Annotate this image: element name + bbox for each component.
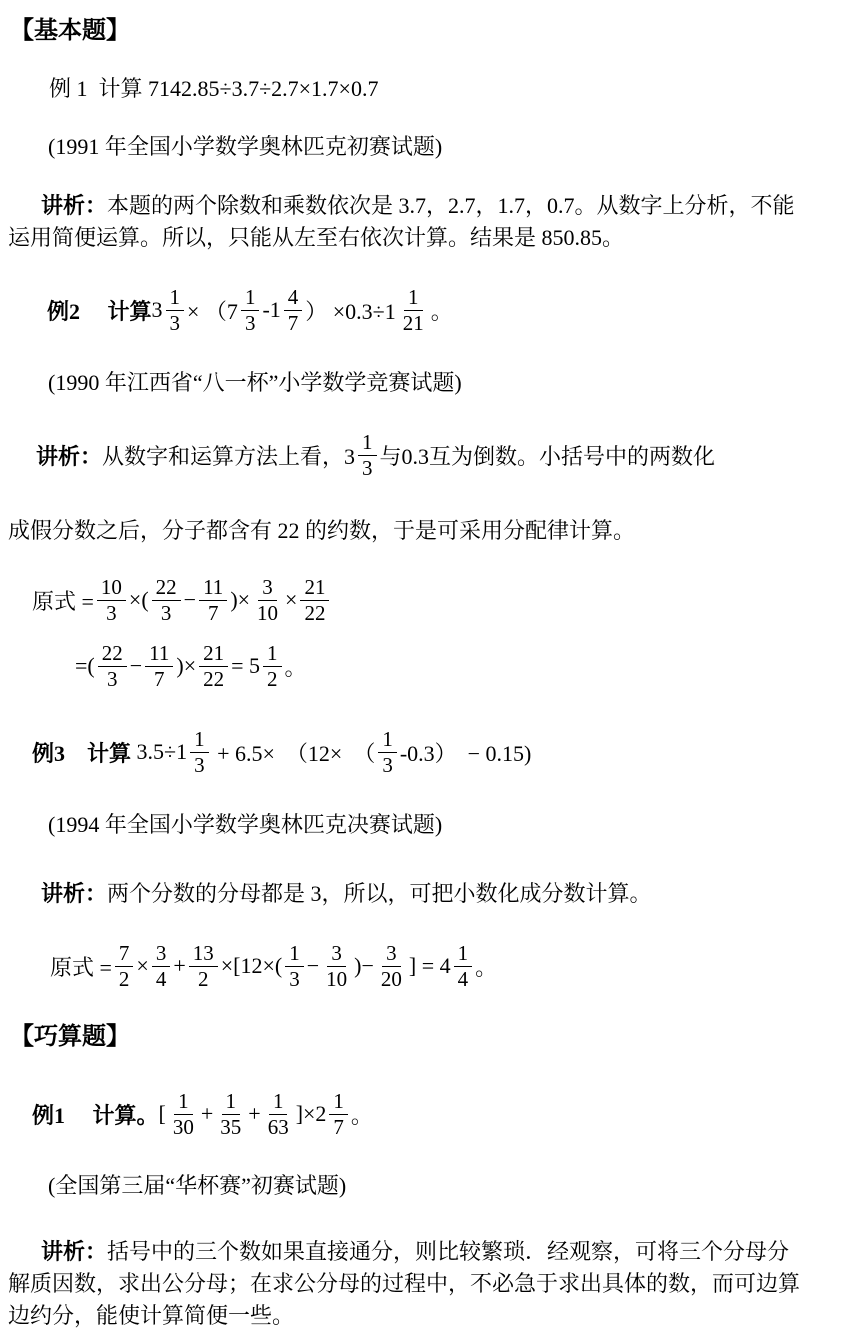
formula-text: )× bbox=[230, 587, 250, 613]
fraction: 103 bbox=[97, 575, 126, 626]
example-2-formula: 例2 计算313× （713-147） ×0.3÷1121。 bbox=[47, 282, 836, 338]
fraction: 320 bbox=[377, 941, 406, 992]
formula-text: 3.5÷1 bbox=[131, 739, 187, 765]
fraction: 13 bbox=[378, 727, 397, 778]
fraction: 13 bbox=[166, 285, 185, 336]
fraction: 130 bbox=[169, 1089, 198, 1140]
example-1-problem: 例 1 计算 7142.85÷3.7÷2.7×1.7×0.7 bbox=[49, 76, 836, 102]
fraction: 13 bbox=[241, 285, 260, 336]
fraction: 2122 bbox=[300, 575, 329, 626]
analysis-paragraph-4: 讲析：括号中的三个数如果直接通分，则比较繁琐．经观察，可将三个分母分解质因数，求… bbox=[8, 1236, 804, 1332]
formula-text: 与0.3互为倒数。小括号中的两数化 bbox=[380, 440, 716, 471]
analysis-label: 讲析： bbox=[41, 193, 107, 218]
fraction: 2122 bbox=[199, 641, 228, 692]
formula-text: + 6.5× （12× （ bbox=[212, 737, 376, 768]
fraction: 121 bbox=[399, 285, 428, 336]
fraction: 14 bbox=[454, 941, 473, 992]
analysis-2-continuation: 成假分数之后，分子都含有 22 的约数，于是可采用分配律计算。 bbox=[8, 518, 836, 544]
fraction: 163 bbox=[264, 1089, 293, 1140]
solution-2-row: 原式 =72×34+132×[12×(13−310)−320] = 414。 bbox=[50, 938, 836, 994]
formula-text: 。 bbox=[351, 1099, 373, 1130]
fraction: 47 bbox=[284, 285, 303, 336]
formula-text: -1 bbox=[262, 297, 280, 323]
fraction: 135 bbox=[216, 1089, 245, 1140]
analysis-label: 讲析： bbox=[41, 881, 107, 906]
formula-text: [ bbox=[159, 1101, 166, 1127]
formula-text: 3 bbox=[152, 297, 163, 323]
formula-text: )− bbox=[354, 953, 374, 979]
formula-text: × （7 bbox=[187, 295, 238, 326]
fraction: 13 bbox=[190, 727, 209, 778]
fraction: 17 bbox=[329, 1089, 348, 1140]
analysis-text: 本题的两个除数和乘数依次是 3.7，2.7，1.7，0.7。从数字上分析，不能运… bbox=[8, 193, 795, 250]
formula-text: × bbox=[136, 953, 148, 979]
fraction: 12 bbox=[263, 641, 282, 692]
formula-text: + bbox=[173, 953, 185, 979]
analysis-label: 讲析： bbox=[41, 1239, 107, 1264]
formula-text: × bbox=[285, 587, 297, 613]
analysis-text: 括号中的三个数如果直接通分，则比较繁琐．经观察，可将三个分母分解质因数，求出公分… bbox=[8, 1239, 800, 1328]
fraction: 13 bbox=[358, 430, 377, 481]
source-note-1990: (1990 年江西省“八一杯”小学数学竞赛试题) bbox=[48, 370, 836, 396]
formula-text: 。 bbox=[285, 651, 307, 682]
solution-1-row-2: =(223−117)×2122= 512。 bbox=[75, 638, 836, 694]
document-page: 【基本题】 例 1 计算 7142.85÷3.7÷2.7×1.7×0.7 (19… bbox=[0, 0, 846, 1338]
clever-example-1-formula: 例1 计算。[130+135+163]×217。 bbox=[32, 1086, 836, 1142]
source-note-1991: (1991 年全国小学数学奥林匹克初赛试题) bbox=[48, 134, 836, 160]
formula-text: + bbox=[201, 1101, 213, 1127]
formula-text: ]×2 bbox=[296, 1101, 327, 1127]
fraction: 310 bbox=[322, 941, 351, 992]
formula-text: 原式 = bbox=[32, 585, 94, 616]
formula-text: ×( bbox=[129, 587, 149, 613]
formula-label: 例3 计算 bbox=[32, 737, 131, 768]
formula-text: = 5 bbox=[231, 653, 260, 679]
section-heading-clever: 【巧算题】 bbox=[10, 1022, 836, 1052]
formula-label: 例2 计算 bbox=[47, 295, 152, 326]
formula-label: 例1 计算。 bbox=[32, 1099, 159, 1130]
fraction: 13 bbox=[285, 941, 304, 992]
fraction: 223 bbox=[98, 641, 127, 692]
section-heading-basic: 【基本题】 bbox=[10, 16, 836, 46]
analysis-paragraph-3: 讲析：两个分数的分母都是 3，所以，可把小数化成分数计算。 bbox=[8, 878, 804, 910]
formula-text: − bbox=[130, 653, 142, 679]
solution-1-row-1: 原式 =103×(223−117)×310×2122 bbox=[32, 572, 836, 628]
fraction: 117 bbox=[199, 575, 227, 626]
formula-text: 原式 = bbox=[50, 951, 112, 982]
analysis-text: 两个分数的分母都是 3，所以，可把小数化成分数计算。 bbox=[107, 881, 652, 906]
fraction: 117 bbox=[145, 641, 173, 692]
formula-text: 从数字和运算方法上看，3 bbox=[102, 440, 355, 471]
formula-text: ] = 4 bbox=[409, 953, 451, 979]
formula-text: -0.3） − 0.15) bbox=[400, 737, 532, 768]
formula-text: − bbox=[307, 953, 319, 979]
fraction: 310 bbox=[253, 575, 282, 626]
analysis-paragraph-1: 讲析：本题的两个除数和乘数依次是 3.7，2.7，1.7，0.7。从数字上分析，… bbox=[8, 190, 804, 254]
formula-text: − bbox=[184, 587, 196, 613]
fraction: 72 bbox=[115, 941, 134, 992]
fraction: 34 bbox=[152, 941, 171, 992]
fraction: 223 bbox=[152, 575, 181, 626]
analysis-2-formula-line: 讲析：从数字和运算方法上看，313与0.3互为倒数。小括号中的两数化 bbox=[36, 428, 836, 482]
example-3-formula: 例3 计算 3.5÷113 + 6.5× （12× （13-0.3） − 0.1… bbox=[32, 724, 836, 780]
formula-text: + bbox=[248, 1101, 260, 1127]
formula-text: )× bbox=[176, 653, 196, 679]
formula-text: 。 bbox=[475, 951, 497, 982]
formula-text: ×[12×( bbox=[221, 953, 282, 979]
formula-label: 讲析： bbox=[36, 440, 102, 471]
fraction: 132 bbox=[189, 941, 218, 992]
formula-text: ） ×0.3÷1 bbox=[305, 295, 395, 326]
formula-text: 。 bbox=[431, 295, 453, 326]
formula-text: =( bbox=[75, 653, 95, 679]
source-note-huabei: (全国第三届“华杯赛”初赛试题) bbox=[48, 1173, 836, 1199]
source-note-1994: (1994 年全国小学数学奥林匹克决赛试题) bbox=[48, 812, 836, 838]
